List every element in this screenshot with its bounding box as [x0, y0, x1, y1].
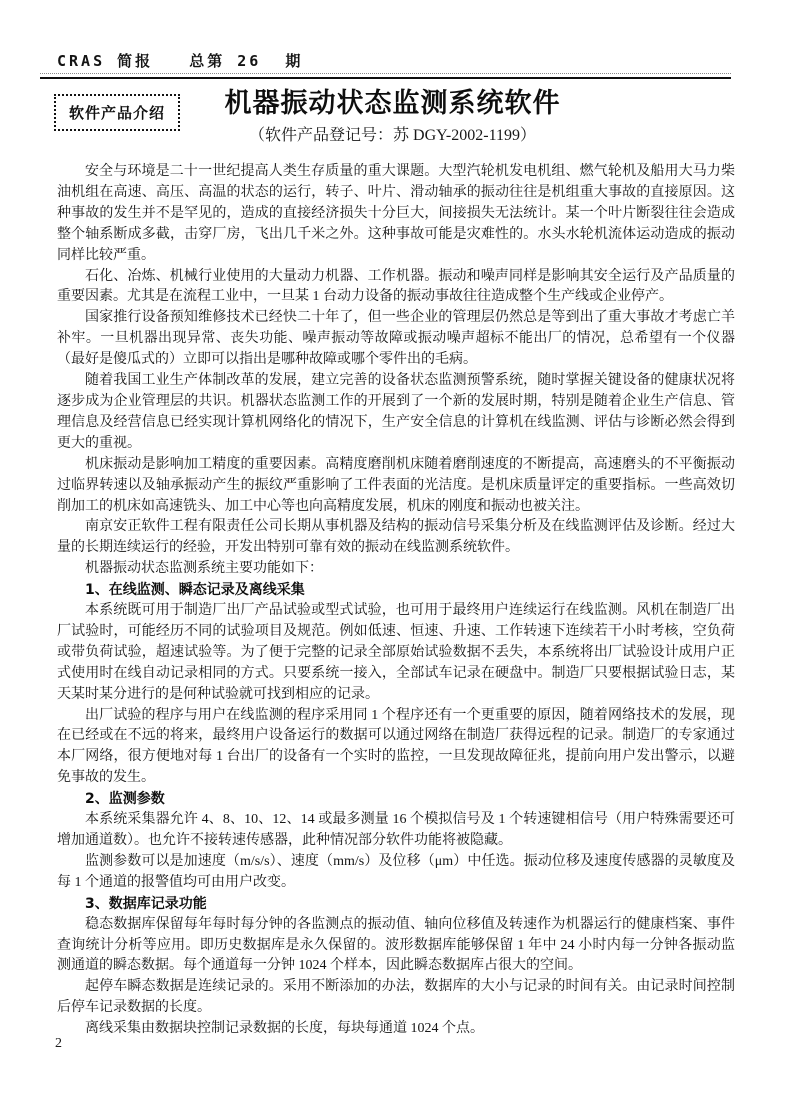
- paragraph: 起停车瞬态数据是连续记录的。采用不断添加的办法，数据库的大小与记录的时间有关。由…: [57, 977, 735, 1019]
- header-rule: [40, 73, 731, 79]
- paragraph: 出厂试验的程序与用户在线监测的程序采用同 1 个程序还有一个更重要的原因，随着网…: [57, 706, 735, 790]
- paragraph: 监测参数可以是加速度（m/s/s）、速度（mm/s）及位移（μm）中任选。振动位…: [57, 852, 735, 894]
- paragraph: 离线采集由数据块控制记录数据的长度，每块每通道 1024 个点。: [57, 1019, 735, 1040]
- masthead: CRAS 简报 总第 26 期: [57, 50, 303, 71]
- paragraph: 本系统采集器允许 4、8、10、12、14 或最多测量 16 个模拟信号及 1 …: [57, 810, 735, 852]
- paragraph: 安全与环境是二十一世纪提高人类生存质量的重大课题。大型汽轮机发电机组、燃气轮机及…: [57, 162, 735, 267]
- document-page: CRAS 简报 总第 26 期 机器振动状态监测系统软件 （软件产品登记号：苏 …: [0, 0, 785, 1111]
- paragraph: 机器振动状态监测系统主要功能如下：: [57, 559, 735, 580]
- paragraph: 石化、冶炼、机械行业使用的大量动力机器、工作机器。振动和噪声同样是影响其安全运行…: [57, 267, 735, 309]
- section-heading: 2、监测参数: [57, 789, 735, 810]
- section-heading: 3、数据库记录功能: [57, 894, 735, 915]
- category-box: 软件产品介绍: [54, 94, 180, 131]
- article-body: 安全与环境是二十一世纪提高人类生存质量的重大课题。大型汽轮机发电机组、燃气轮机及…: [57, 162, 735, 1040]
- paragraph: 国家推行设备预知维修技术已经快二十年了，但一些企业的管理层仍然总是等到出了重大事…: [57, 308, 735, 371]
- paragraph: 随着我国工业生产体制改革的发展，建立完善的设备状态监测预警系统，随时掌握关键设备…: [57, 371, 735, 455]
- paragraph: 稳态数据库保留每年每时每分钟的各监测点的振动值、轴向位移值及转速作为机器运行的健…: [57, 915, 735, 978]
- paragraph: 机床振动是影响加工精度的重要因素。高精度磨削机床随着磨削速度的不断提高，高速磨头…: [57, 455, 735, 518]
- paragraph: 本系统既可用于制造厂出厂产品试验或型式试验，也可用于最终用户连续运行在线监测。风…: [57, 601, 735, 706]
- category-label: 软件产品介绍: [69, 104, 165, 122]
- section-heading: 1、在线监测、瞬态记录及离线采集: [57, 580, 735, 601]
- paragraph: 南京安正软件工程有限责任公司长期从事机器及结构的振动信号采集分析及在线监测评估及…: [57, 517, 735, 559]
- page-number: 2: [55, 1036, 62, 1052]
